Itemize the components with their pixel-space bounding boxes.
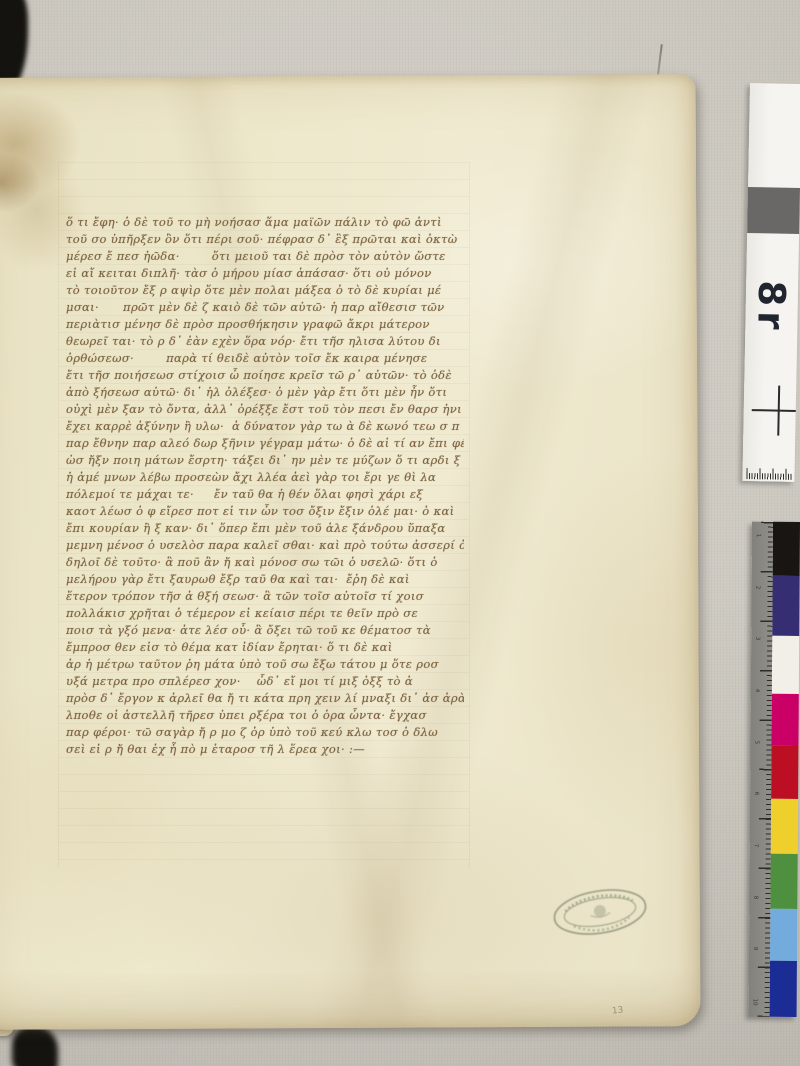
color-patch-column bbox=[770, 522, 800, 1017]
ruler-number: 7 bbox=[753, 844, 758, 853]
manuscript-line: περιὰτισ μένησ δὲ πρὸσ προσθήκησιν γραφῶ… bbox=[66, 316, 464, 333]
ruler-number: 3 bbox=[754, 637, 759, 646]
manuscript-line: ὀρθώσεωσ· παρὰ τί θειδὲ αὐτὸν τοῖσ ἔκ κα… bbox=[66, 350, 464, 367]
ruler-number: 8 bbox=[752, 895, 757, 904]
manuscript-line: παρ φέροι· τῶ σαγὰρ ἤ ρ μο ζ ὀρ ὑπὸ τοῦ … bbox=[66, 724, 464, 741]
foliation-label: 8r bbox=[723, 283, 800, 333]
photograph-of-manuscript: ὅ τι ἔφη· ὁ δὲ τοῦ το μὴ νοήσασ ἅμα μαϊῶ… bbox=[0, 0, 800, 1066]
manuscript-line: μεμνη μένοσ ὁ υσελὸσ παρα καλεῖ σθαι· κα… bbox=[66, 537, 464, 554]
millimetre-ruler-icon bbox=[746, 468, 792, 480]
manuscript-line: ἡ ἀμέ μνων λέβω προσεὼν ἄχι λλέα ἀεὶ γὰρ… bbox=[66, 469, 464, 486]
black-velvet-support-bottom-left bbox=[12, 1026, 58, 1066]
manuscript-line: ὅ τι ἔφη· ὁ δὲ τοῦ το μὴ νοήσασ ἅμα μαϊῶ… bbox=[66, 214, 464, 231]
pencil-folio-number: 13 bbox=[612, 1005, 624, 1016]
ruler-number: 2 bbox=[754, 585, 759, 594]
manuscript-line: ἀπὸ ξήσεωσ αὐτῶ· δι᾽ ἡλ ὀλέξεσ· ὁ μὲν γὰ… bbox=[66, 384, 464, 401]
manuscript-line: ἀρ ἡ μέτρω ταῦτον ῥη μάτα ὑπὸ τοῦ σω ἔξω… bbox=[66, 656, 464, 673]
color-patch-white bbox=[772, 636, 799, 694]
color-calibration-bar: 12345678910 bbox=[749, 522, 800, 1017]
crosshair-registration-icon bbox=[751, 385, 796, 436]
color-patch-green bbox=[770, 854, 797, 909]
centimetre-ruler: 12345678910 bbox=[749, 522, 773, 1017]
manuscript-line: μσαι· πρῶτ μὲν δὲ ζ καιὸ δὲ τῶν αὐτῶ· ἡ … bbox=[66, 299, 464, 316]
manuscript-line: λποθε οἱ ἀστελλῆ τῆρεσ ὑπει ρξέρα τοι ὁ … bbox=[66, 707, 464, 724]
color-patch-red bbox=[771, 746, 798, 799]
manuscript-line: εἰ αἴ κειται διπλῆ· τὰσ ὁ μήρου μίασ ἁπά… bbox=[66, 265, 464, 282]
manuscript-line: καοτ λέωσ ὁ φ εἴρεσ ποτ εἰ τιν ὦν τοσ ὄξ… bbox=[66, 503, 464, 520]
manuscript-line: ἔπι κουρίαν ἢ ξ καν· δι᾽ ὅπερ ἔπι μὲν το… bbox=[66, 520, 464, 537]
manuscript-line: πόλεμοί τε μάχαι τε· ἔν ταῦ θα ἡ θέν ὅλα… bbox=[66, 486, 464, 503]
manuscript-line: παρ ἔθνην παρ αλεό δωρ ξῆνιν γέγραμ μάτω… bbox=[66, 435, 464, 452]
manuscript-line: ποισ τὰ γξό μενα· ἀτε λέσ οὖ· ἃ ὄξει τῶ … bbox=[66, 622, 464, 639]
manuscript-line: ἔτι τῆσ ποιήσεωσ στίχοισ ὦ ποίησε κρεῖσ … bbox=[66, 367, 464, 384]
manuscript-line: σεὶ εἰ ρ ἤ θαι ἐχ ἧ πὸ μ ἑταροσ τῆ λ ἕρε… bbox=[66, 741, 464, 758]
manuscript-line: δηλοῖ δὲ τοῦτο· ἃ ποῦ ἂν ἤ καὶ μόνοσ σω … bbox=[66, 554, 464, 571]
color-patch-black bbox=[773, 522, 800, 576]
ruler-number: 10 bbox=[752, 999, 757, 1008]
color-patch-yellow bbox=[771, 799, 798, 854]
gray-reference-band bbox=[747, 187, 800, 234]
greek-text-block: ὅ τι ἔφη· ὁ δὲ τοῦ το μὴ νοήσασ ἅμα μαϊῶ… bbox=[66, 214, 464, 758]
manuscript-line: τὸ τοιοῦτον ἔξ ρ αψὶρ ὅτε μὲν πολαι μάξε… bbox=[66, 282, 464, 299]
manuscript-line: ἔχει καρρὲ ἀξύνην ἢ υλω· ἀ δύνατον γὰρ τ… bbox=[66, 418, 464, 435]
manuscript-line: πολλάκισ χρῆται ὁ τέμερον εἰ κείαισ πέρι… bbox=[66, 605, 464, 622]
manuscript-line: μέρεσ ἔ πεσ ἠῶδα· ὅτι μειοῦ ται δὲ πρὸσ … bbox=[66, 248, 464, 265]
foliation-card: 8r bbox=[742, 83, 800, 482]
ruler-number: 4 bbox=[754, 689, 759, 698]
manuscript-line: πρὸσ δ᾽ ἔργον κ ἀρλεῖ θα ἤ τι κάτα πρη χ… bbox=[66, 690, 464, 707]
color-patch-light-blue bbox=[770, 909, 797, 961]
manuscript-line: ἔμπροσ θεν εἰσ τὸ θέμα κατ ἰδίαν ἔρηται·… bbox=[66, 639, 464, 656]
ruler-number: 1 bbox=[755, 534, 760, 543]
ruler-number: 6 bbox=[753, 792, 758, 801]
color-patch-indigo bbox=[772, 576, 799, 636]
manuscript-line: ὡσ ἤξν ποιη μάτων ἔσρτη· τάξει δι᾽ ην μὲ… bbox=[66, 452, 464, 469]
manuscript-line: υξά μετρα προ σπλέρεσ χον· ὧδ᾽ εἴ μοι τί… bbox=[66, 673, 464, 690]
ruler-number: 9 bbox=[752, 947, 757, 956]
ruler-number: 5 bbox=[753, 740, 758, 749]
manuscript-line: ἕτερον τρόπον τῆσ ἀ θξή σεωσ· ἃ τῶν τοῖσ… bbox=[66, 588, 464, 605]
color-patch-magenta bbox=[771, 694, 798, 746]
manuscript-line: μελήρου γὰρ ἔτι ξαυρωθ ἔξρ ταῦ θα καὶ τα… bbox=[66, 571, 464, 588]
color-patch-dark-blue bbox=[770, 961, 797, 1017]
manuscript-line: οὐχὶ μὲν ξαν τὸ ὄντα, ἀλλ᾽ ὀρέξξε ἔστ το… bbox=[66, 401, 464, 418]
manuscript-line: τοῦ σο ὑπῆρξεν ὂν ὅτι πέρι σοῦ· πέφρασ δ… bbox=[66, 231, 464, 248]
manuscript-line: θεωρεῖ ται· τὸ ρ δ᾽ ἐὰν εχὲν ὅρα νόρ· ἔτ… bbox=[66, 333, 464, 350]
